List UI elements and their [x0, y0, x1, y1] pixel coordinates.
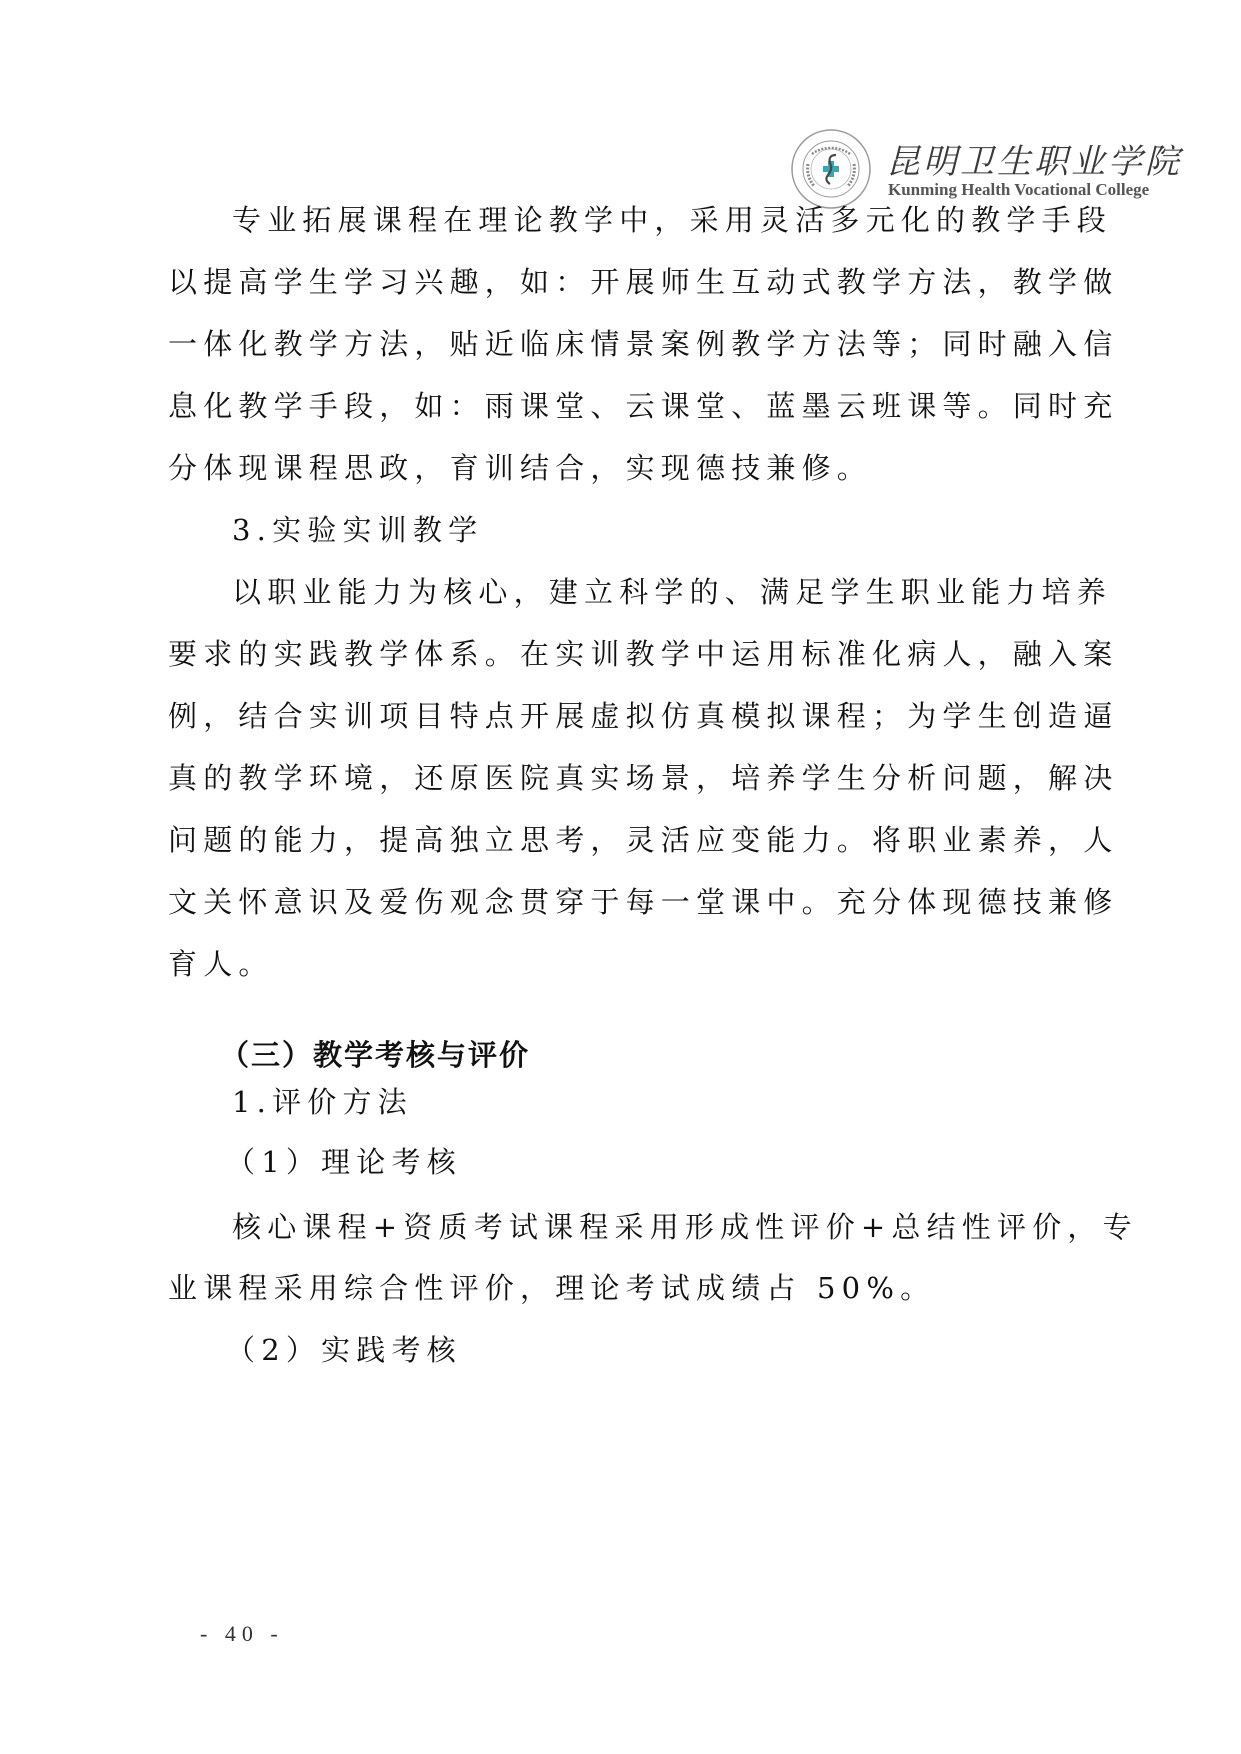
logo-chinese-name: 昆明卫生职业学院	[886, 134, 1182, 183]
section-heading-assessment: （三）教学考核与评价	[220, 1033, 530, 1074]
paragraph-2-line-4: 真的教学环境，还原医院真实场景，培养学生分析问题，解决	[168, 756, 1118, 797]
page-number: - 40 -	[200, 1621, 284, 1647]
paragraph-1-line-1: 专业拓展课程在理论教学中，采用灵活多元化的教学手段	[232, 198, 1112, 239]
item-theory-assessment: （1）理论考核	[226, 1140, 462, 1181]
subheading-evaluation-method: 1.评价方法	[232, 1080, 413, 1121]
paragraph-2-line-5: 问题的能力，提高独立思考，灵活应变能力。将职业素养，人	[168, 818, 1118, 859]
paragraph-2-line-1: 以职业能力为核心，建立科学的、满足学生职业能力培养	[232, 570, 1112, 611]
paragraph-1-line-3: 一体化教学方法，贴近临床情景案例教学方法等；同时融入信	[168, 322, 1118, 363]
paragraph-1-line-4: 息化教学手段，如：雨课堂、云课堂、蓝墨云班课等。同时充	[168, 384, 1118, 425]
paragraph-2-line-3: 例，结合实训项目特点开展虚拟仿真模拟课程；为学生创造逼	[168, 694, 1118, 735]
item-practical-assessment: （2）实践考核	[226, 1328, 462, 1369]
heading-experimental-training: 3.实验实训教学	[232, 508, 483, 549]
document-page: 昆明卫生职业学院 Kunming Health Vocational Colle…	[0, 0, 1241, 1754]
paragraph-3-line-1: 核心课程+资质考试课程采用形成性评价+总结性评价，专	[232, 1205, 1138, 1246]
paragraph-1-line-5: 分体现课程思政，育训结合，实现德技兼修。	[168, 446, 872, 487]
paragraph-3-line-2: 业课程采用综合性评价，理论考试成绩占 50%。	[168, 1266, 935, 1307]
paragraph-2-line-2: 要求的实践教学体系。在实训教学中运用标准化病人，融入案	[168, 632, 1118, 673]
paragraph-1-line-2: 以提高学生学习兴趣，如：开展师生互动式教学方法，教学做	[168, 260, 1118, 301]
logo-english-name: Kunming Health Vocational College	[888, 180, 1149, 200]
paragraph-2-line-6: 文关怀意识及爱伤观念贯穿于每一堂课中。充分体现德技兼修	[168, 880, 1118, 921]
paragraph-2-line-7: 育人。	[168, 942, 274, 983]
